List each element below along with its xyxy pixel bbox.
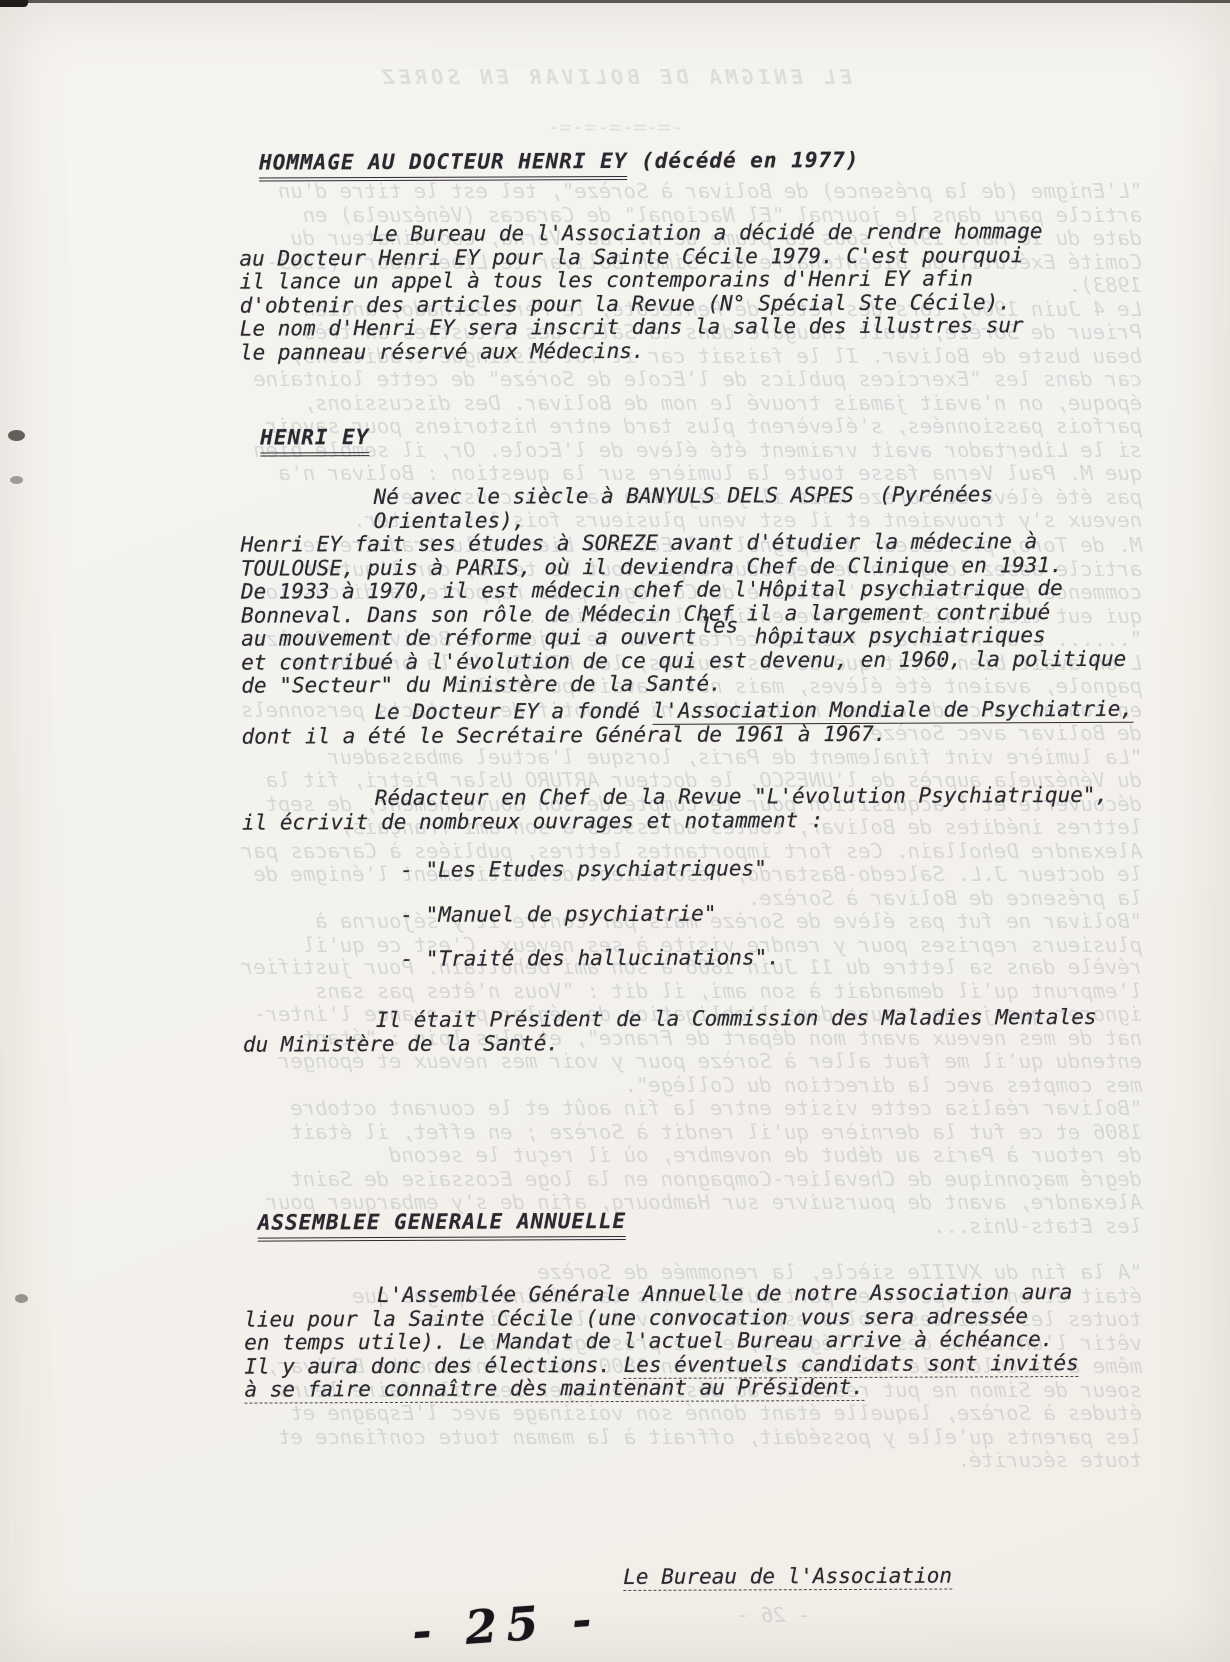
underlined-phrase: à se faire connaître dès maintenant au P… <box>244 1375 864 1404</box>
text-line: et contribué à l'évolution de ce qui est… <box>241 647 1141 674</box>
heading-underlined-text: HOMMAGE AU DOCTEUR HENRI EY <box>259 150 628 181</box>
paragraph-hommage: Le Bureau de l'Association a décidé de r… <box>239 220 1070 365</box>
text-line: il écrivit de nombreux ouvrages et notam… <box>242 807 1142 834</box>
heading-suffix: (décédé en 1977) <box>627 148 859 173</box>
text-segment: Il y aura donc des élections. <box>244 1352 623 1378</box>
text-line: Le nom d'Henri EY sera inscrit dans la s… <box>240 314 1070 341</box>
book-list-item: - "Les Etudes psychiatriques" <box>242 857 942 884</box>
text-line: dont il a été le Secrétaire Général de 1… <box>242 721 1142 748</box>
text-line: du Ministère de la Santé. <box>243 1029 1143 1056</box>
paragraph-redacteur: Rédacteur en Chef de la Revue "L'évoluti… <box>242 784 1142 835</box>
text-line: à se faire connaître dès maintenant au P… <box>244 1375 1144 1402</box>
inserted-word-above-line: les <box>700 614 738 638</box>
heading-underlined-text: HENRI EY <box>260 426 369 456</box>
text-line: Le Docteur EY a fondé l'Association Mond… <box>241 698 1141 725</box>
text-segment: au mouvement de réforme qui a ouvert <box>241 625 696 651</box>
text-segment: hôpitaux psychiatriques <box>742 623 1046 648</box>
paragraph-president-commission: Il était Président de la Commission des … <box>243 1006 1143 1057</box>
underlined-phrase: l'Association Mondiale de Psychiatrie, <box>653 697 1134 725</box>
section-heading-henri-ey: HENRI EY <box>260 426 369 456</box>
paragraph-biographie: Né avec le siècle à BANYULS DELS ASPES (… <box>240 483 1141 698</box>
text-segment: Le Docteur EY a fondé <box>374 699 652 724</box>
text-line: Il y aura donc des élections. Les éventu… <box>244 1351 1144 1378</box>
section-heading-assemblee: ASSEMBLEE GENERALE ANNUELLE <box>258 1210 627 1241</box>
text-line: le panneau réservé aux Médecins. <box>240 338 1070 365</box>
document-page: EL ENIGMA DE BOLIVAR EN SOREZ -=-=-=-=-=… <box>0 0 1230 1662</box>
text-line: Rédacteur en Chef de la Revue "L'évoluti… <box>242 784 1142 811</box>
book-list: - "Les Etudes psychiatriques" - "Manuel … <box>242 857 942 973</box>
paragraph-assemblee: L'Assemblée Générale Annuelle de notre A… <box>244 1281 1145 1402</box>
heading-underlined-text: ASSEMBLEE GENERALE ANNUELLE <box>258 1210 627 1241</box>
section-heading-hommage: HOMMAGE AU DOCTEUR HENRI EY (décédé en 1… <box>259 149 859 181</box>
signature-line: Le Bureau de l'Association <box>623 1565 952 1590</box>
paragraph-association-mondiale: Le Docteur EY a fondé l'Association Mond… <box>241 698 1141 749</box>
text-line: Né avec le siècle à BANYULS DELS ASPES (… <box>240 483 1140 534</box>
typewritten-text-layer: HOMMAGE AU DOCTEUR HENRI EY (décédé en 1… <box>0 0 1230 1662</box>
book-list-item: - "Traité des hallucinations". <box>243 946 943 973</box>
text-line: Il était Président de la Commission des … <box>243 1006 1143 1033</box>
text-line: de "Secteur" du Ministère de la Santé. <box>241 671 1141 698</box>
signature-text: Le Bureau de l'Association <box>623 1564 952 1591</box>
book-list-item: - "Manuel de psychiatrie" <box>242 901 942 928</box>
